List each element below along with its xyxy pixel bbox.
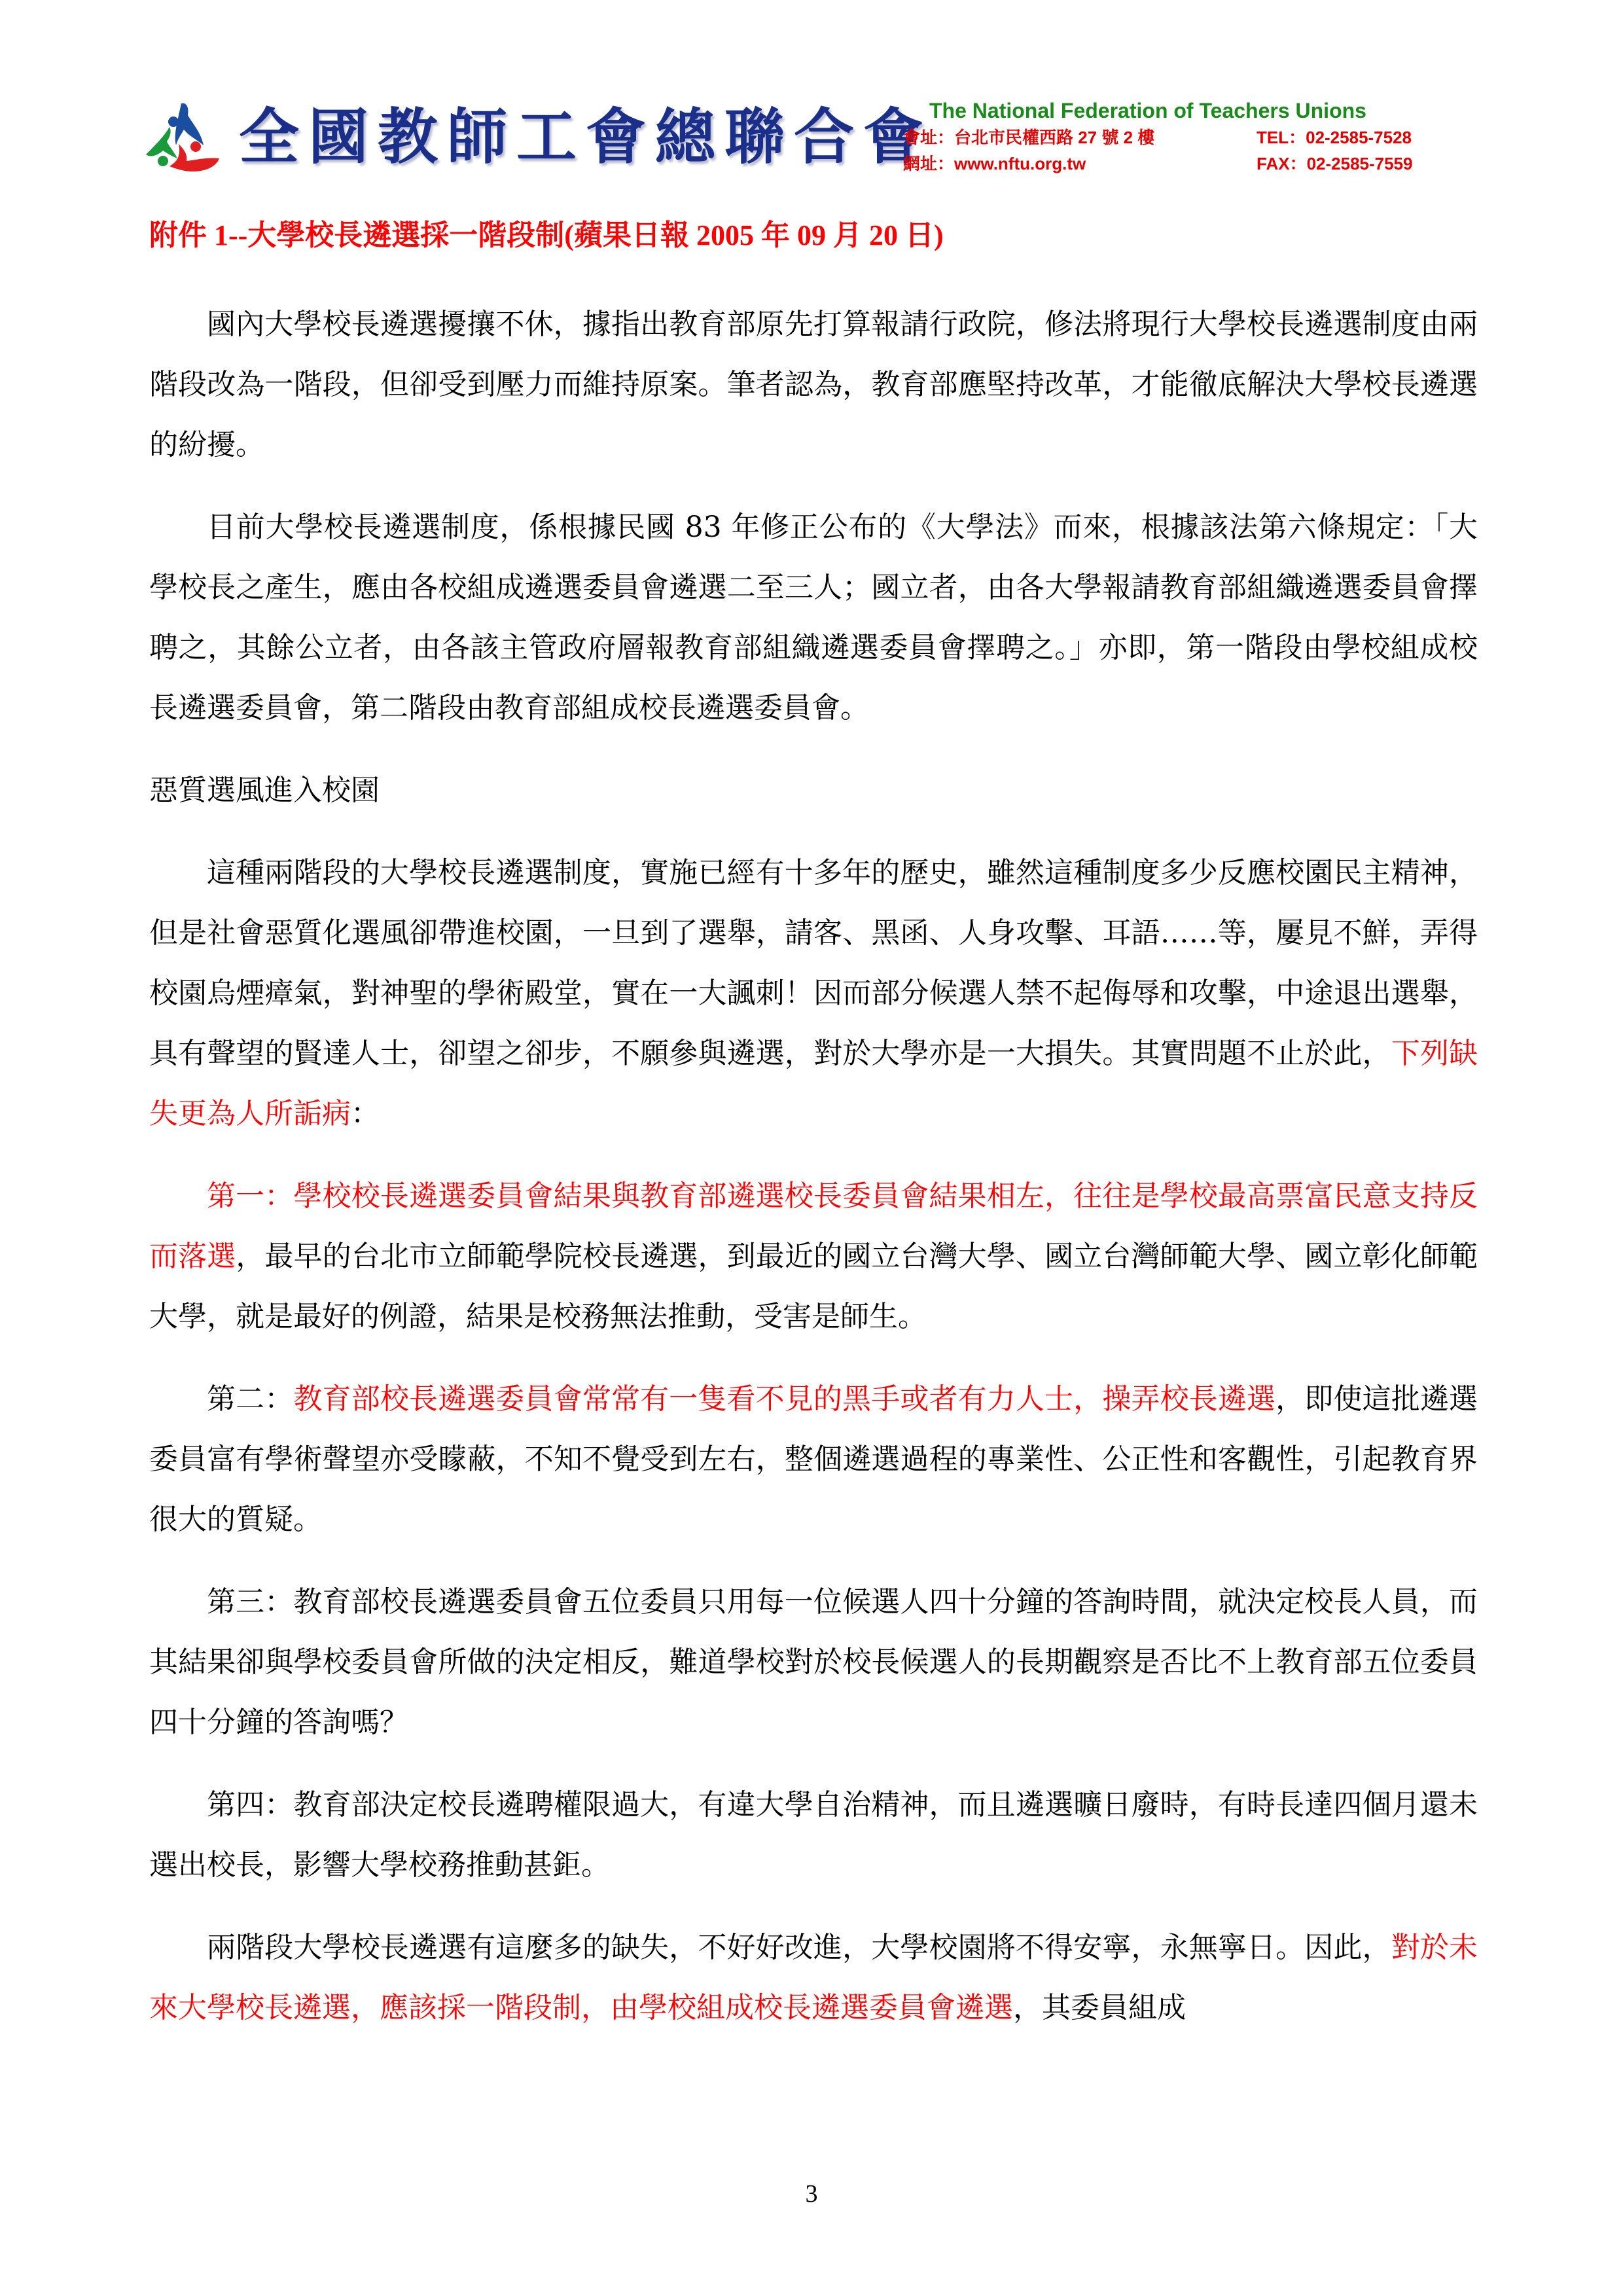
paragraph: 第四：教育部決定校長遴聘權限過大，有違大學自治精神，而且遴選曠日廢時，有時長達四…	[149, 1775, 1478, 1895]
contact-row-1: 會址：台北市民權西路 27 號 2 樓 TEL：02-2585-7528	[903, 124, 1466, 151]
paragraph: 兩階段大學校長遴選有這麼多的缺失，不好好改進，大學校園將不得安寧，永無寧日。因此…	[149, 1918, 1478, 2038]
page-number: 3	[0, 2179, 1623, 2208]
document-body: 國內大學校長遴選擾攘不休，據指出教育部原先打算報請行政院，修法將現行大學校長遴選…	[149, 295, 1478, 2060]
paragraph-text: 第三：教育部校長遴選委員會五位委員只用每一位候選人四十分鐘的答詢時間，就決定校長…	[149, 1585, 1478, 1739]
section-heading: 惡質選風進入校園	[149, 761, 1478, 821]
contact-row-2: 網址：www.nftu.org.tw FAX：02-2585-7559	[903, 151, 1466, 177]
paragraph: 目前大學校長遴選制度，係根據民國 83 年修正公布的《大學法》而來，根據該法第六…	[149, 497, 1478, 738]
paragraph: 第三：教育部校長遴選委員會五位委員只用每一位候選人四十分鐘的答詢時間，就決定校長…	[149, 1572, 1478, 1753]
paragraph-text: 這種兩階段的大學校長遴選制度，實施已經有十多年的歷史，雖然這種制度多少反應校園民…	[149, 856, 1478, 1070]
fax-text: FAX：02-2585-7559	[1257, 151, 1412, 177]
contact-block: The National Federation of Teachers Unio…	[903, 97, 1466, 177]
address-text: 會址：台北市民權西路 27 號 2 樓	[903, 124, 1257, 151]
paragraph: 第一：學校校長遴選委員會結果與教育部遴選校長委員會結果相左，往往是學校最高票富民…	[149, 1166, 1478, 1347]
paragraph-text: 目前大學校長遴選制度，係根據民國 83 年修正公布的《大學法》而來，根據該法第六…	[149, 511, 1478, 725]
highlighted-text: 教育部校長遴選委員會常常有一隻看不見的黑手或者有力人士，操弄校長遴選	[293, 1382, 1275, 1416]
paragraph: 第二：教育部校長遴選委員會常常有一隻看不見的黑手或者有力人士，操弄校長遴選，即使…	[149, 1369, 1478, 1550]
paragraph-text: ，其委員組成	[1013, 1991, 1186, 2024]
org-name-english: The National Federation of Teachers Unio…	[929, 97, 1466, 124]
tel-text: TEL：02-2585-7528	[1257, 124, 1412, 151]
paragraph-text: 第二：	[207, 1382, 293, 1416]
org-name-chinese: 全國教師工會總聯合會	[239, 98, 933, 177]
letterhead: 全國教師工會總聯合會 The National Federation of Te…	[0, 0, 1623, 196]
document-title: 附件 1--大學校長遴選採一階段制(蘋果日報 2005 年 09 月 20 日)	[149, 216, 944, 255]
three-figures-logo-icon	[141, 98, 226, 177]
paragraph-text: ，最早的台北市立師範學院校長遴選，到最近的國立台灣大學、國立台灣師範大學、國立彰…	[149, 1240, 1478, 1333]
paragraph: 國內大學校長遴選擾攘不休，據指出教育部原先打算報請行政院，修法將現行大學校長遴選…	[149, 295, 1478, 475]
paragraph: 這種兩階段的大學校長遴選制度，實施已經有十多年的歷史，雖然這種制度多少反應校園民…	[149, 843, 1478, 1144]
paragraph-text: 第四：教育部決定校長遴聘權限過大，有違大學自治精神，而且遴選曠日廢時，有時長達四…	[149, 1788, 1478, 1882]
paragraph-text: 國內大學校長遴選擾攘不休，據指出教育部原先打算報請行政院，修法將現行大學校長遴選…	[149, 308, 1478, 461]
paragraph-text: ：	[351, 1097, 380, 1130]
website-link[interactable]: 網址：www.nftu.org.tw	[903, 151, 1257, 177]
paragraph-text: 兩階段大學校長遴選有這麼多的缺失，不好好改進，大學校園將不得安寧，永無寧日。因此…	[207, 1931, 1391, 1964]
paragraph-text: 惡質選風進入校園	[149, 774, 380, 807]
